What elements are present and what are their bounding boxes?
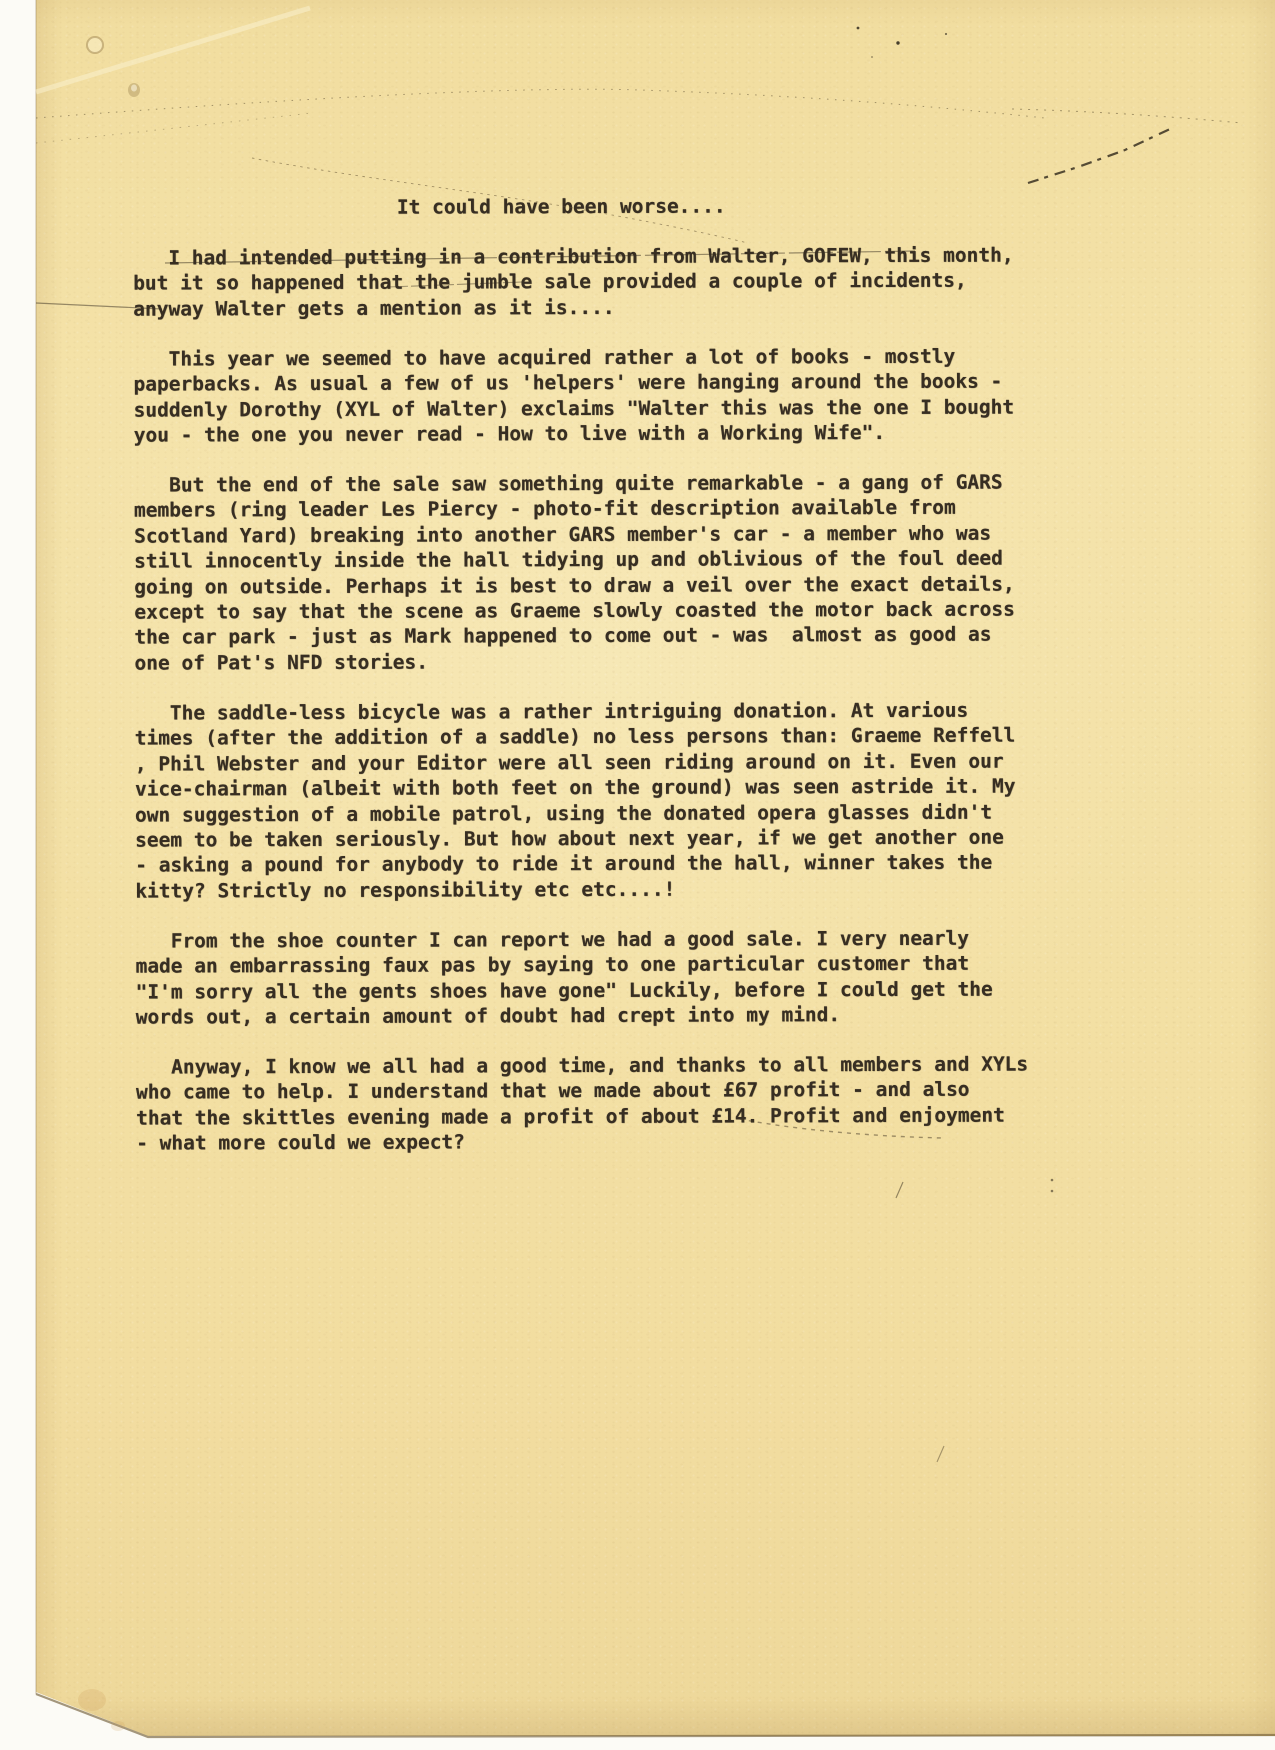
scanned-page: It could have been worse.... I had inten… <box>0 0 1275 1750</box>
paper-sheet: It could have been worse.... I had inten… <box>36 0 1275 1736</box>
paragraph-intro: I had intended putting in a contribution… <box>133 243 1014 322</box>
document-title: It could have been worse.... <box>397 194 726 221</box>
paragraph-shoe-counter: From the shoe counter I can report we ha… <box>135 926 992 1031</box>
paragraph-car-incident: But the end of the sale saw something qu… <box>134 470 1015 676</box>
typewritten-text: It could have been worse.... I had inten… <box>34 0 1275 1738</box>
paragraph-bicycle: The saddle-less bicycle was a rather int… <box>135 698 1016 904</box>
paragraph-closing: Anyway, I know we all had a good time, a… <box>136 1051 1029 1156</box>
paragraph-books: This year we seemed to have acquired rat… <box>133 344 1014 449</box>
